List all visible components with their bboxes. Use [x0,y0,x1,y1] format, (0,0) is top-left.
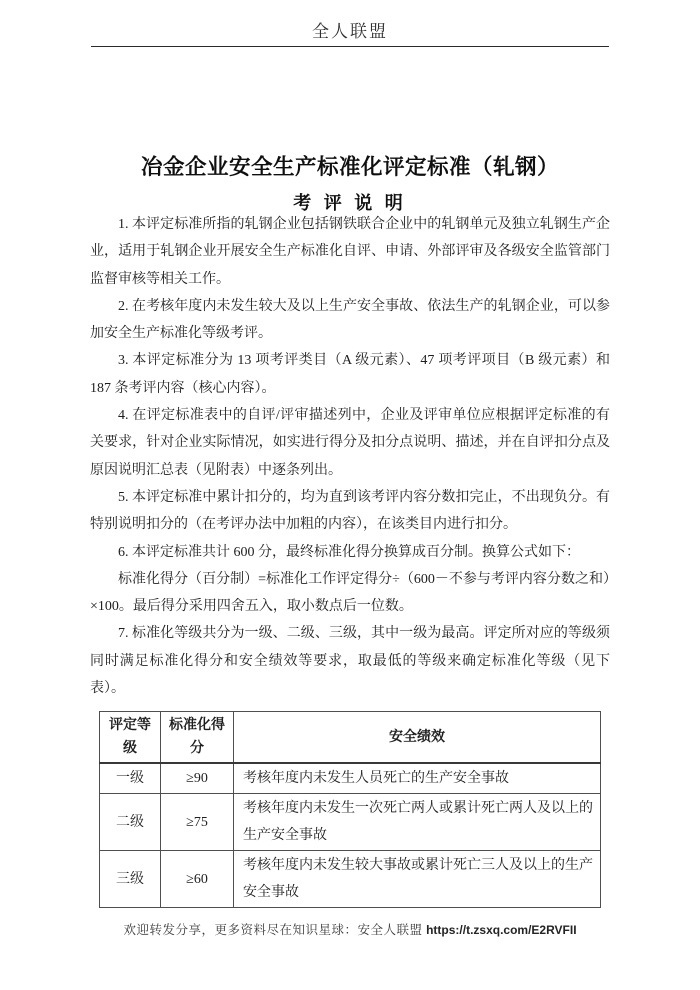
assessment-notes: 1. 本评定标准所指的轧钢企业包括钢铁联合企业中的轧钢单元及独立轧钢生产企业，适… [90,211,610,702]
paragraph-formula: 标准化得分（百分制）=标准化工作评定得分÷（600－不参与考评内容分数之和）×1… [90,566,610,621]
doc-title: 冶金企业安全生产标准化评定标准（轧钢） [50,150,650,181]
table-row-level-2: 二级 ≥75 考核年度内未发生一次死亡两人或累计死亡两人及以上的生产安全事故 [100,794,601,851]
performance-cell: 考核年度内未发生一次死亡两人或累计死亡两人及以上的生产安全事故 [234,794,601,851]
site-header: 全人联盟 [91,17,609,47]
performance-cell: 考核年度内未发生人员死亡的生产安全事故 [234,763,601,794]
score-cell: ≥90 [161,763,234,794]
paragraph-2: 2. 在考核年度内未发生较大及以上生产安全事故、依法生产的轧钢企业，可以参加安全… [90,293,610,348]
document-page: 全人联盟 冶金企业安全生产标准化评定标准（轧钢） 考 评 说 明 1. 本评定标… [0,0,700,990]
site-name: 全人联盟 [312,22,388,41]
footer-note: 欢迎转发分享，更多资料尽在知识星球：安全人联盟 https://t.zsxq.c… [0,920,700,938]
level-cell: 二级 [100,794,161,851]
score-cell: ≥75 [161,794,234,851]
score-cell: ≥60 [161,851,234,908]
rating-table: 评定等级 标准化得分 安全绩效 一级 ≥90 考核年度内未发生人员死亡的生产安全… [99,711,601,908]
performance-cell: 考核年度内未发生较大事故或累计死亡三人及以上的生产安全事故 [234,851,601,908]
table-header-row: 评定等级 标准化得分 安全绩效 [100,712,601,764]
paragraph-5: 5. 本评定标准中累计扣分的，均为直到该考评内容分数扣完止，不出现负分。有特别说… [90,484,610,539]
paragraph-7: 7. 标准化等级共分为一级、二级、三级，其中一级为最高。评定所对应的等级须同时满… [90,620,610,702]
paragraph-6: 6. 本评定标准共计 600 分，最终标准化得分换算成百分制。换算公式如下： [90,539,610,566]
table-row-level-1: 一级 ≥90 考核年度内未发生人员死亡的生产安全事故 [100,763,601,794]
footer-link[interactable]: https://t.zsxq.com/E2RVFII [426,923,576,937]
paragraph-1: 1. 本评定标准所指的轧钢企业包括钢铁联合企业中的轧钢单元及独立轧钢生产企业，适… [90,211,610,293]
paragraph-4: 4. 在评定标准表中的自评/评审描述列中，企业及评审单位应根据评定标准的有关要求… [90,402,610,484]
level-cell: 三级 [100,851,161,908]
table-row-level-3: 三级 ≥60 考核年度内未发生较大事故或累计死亡三人及以上的生产安全事故 [100,851,601,908]
col-header-score: 标准化得分 [161,712,234,764]
footer-text: 欢迎转发分享，更多资料尽在知识星球：安全人联盟 [123,923,422,937]
col-header-level: 评定等级 [100,712,161,764]
paragraph-3: 3. 本评定标准分为 13 项考评类目（A 级元素）、47 项考评项目（B 级元… [90,347,610,402]
col-header-performance: 安全绩效 [234,712,601,764]
level-cell: 一级 [100,763,161,794]
